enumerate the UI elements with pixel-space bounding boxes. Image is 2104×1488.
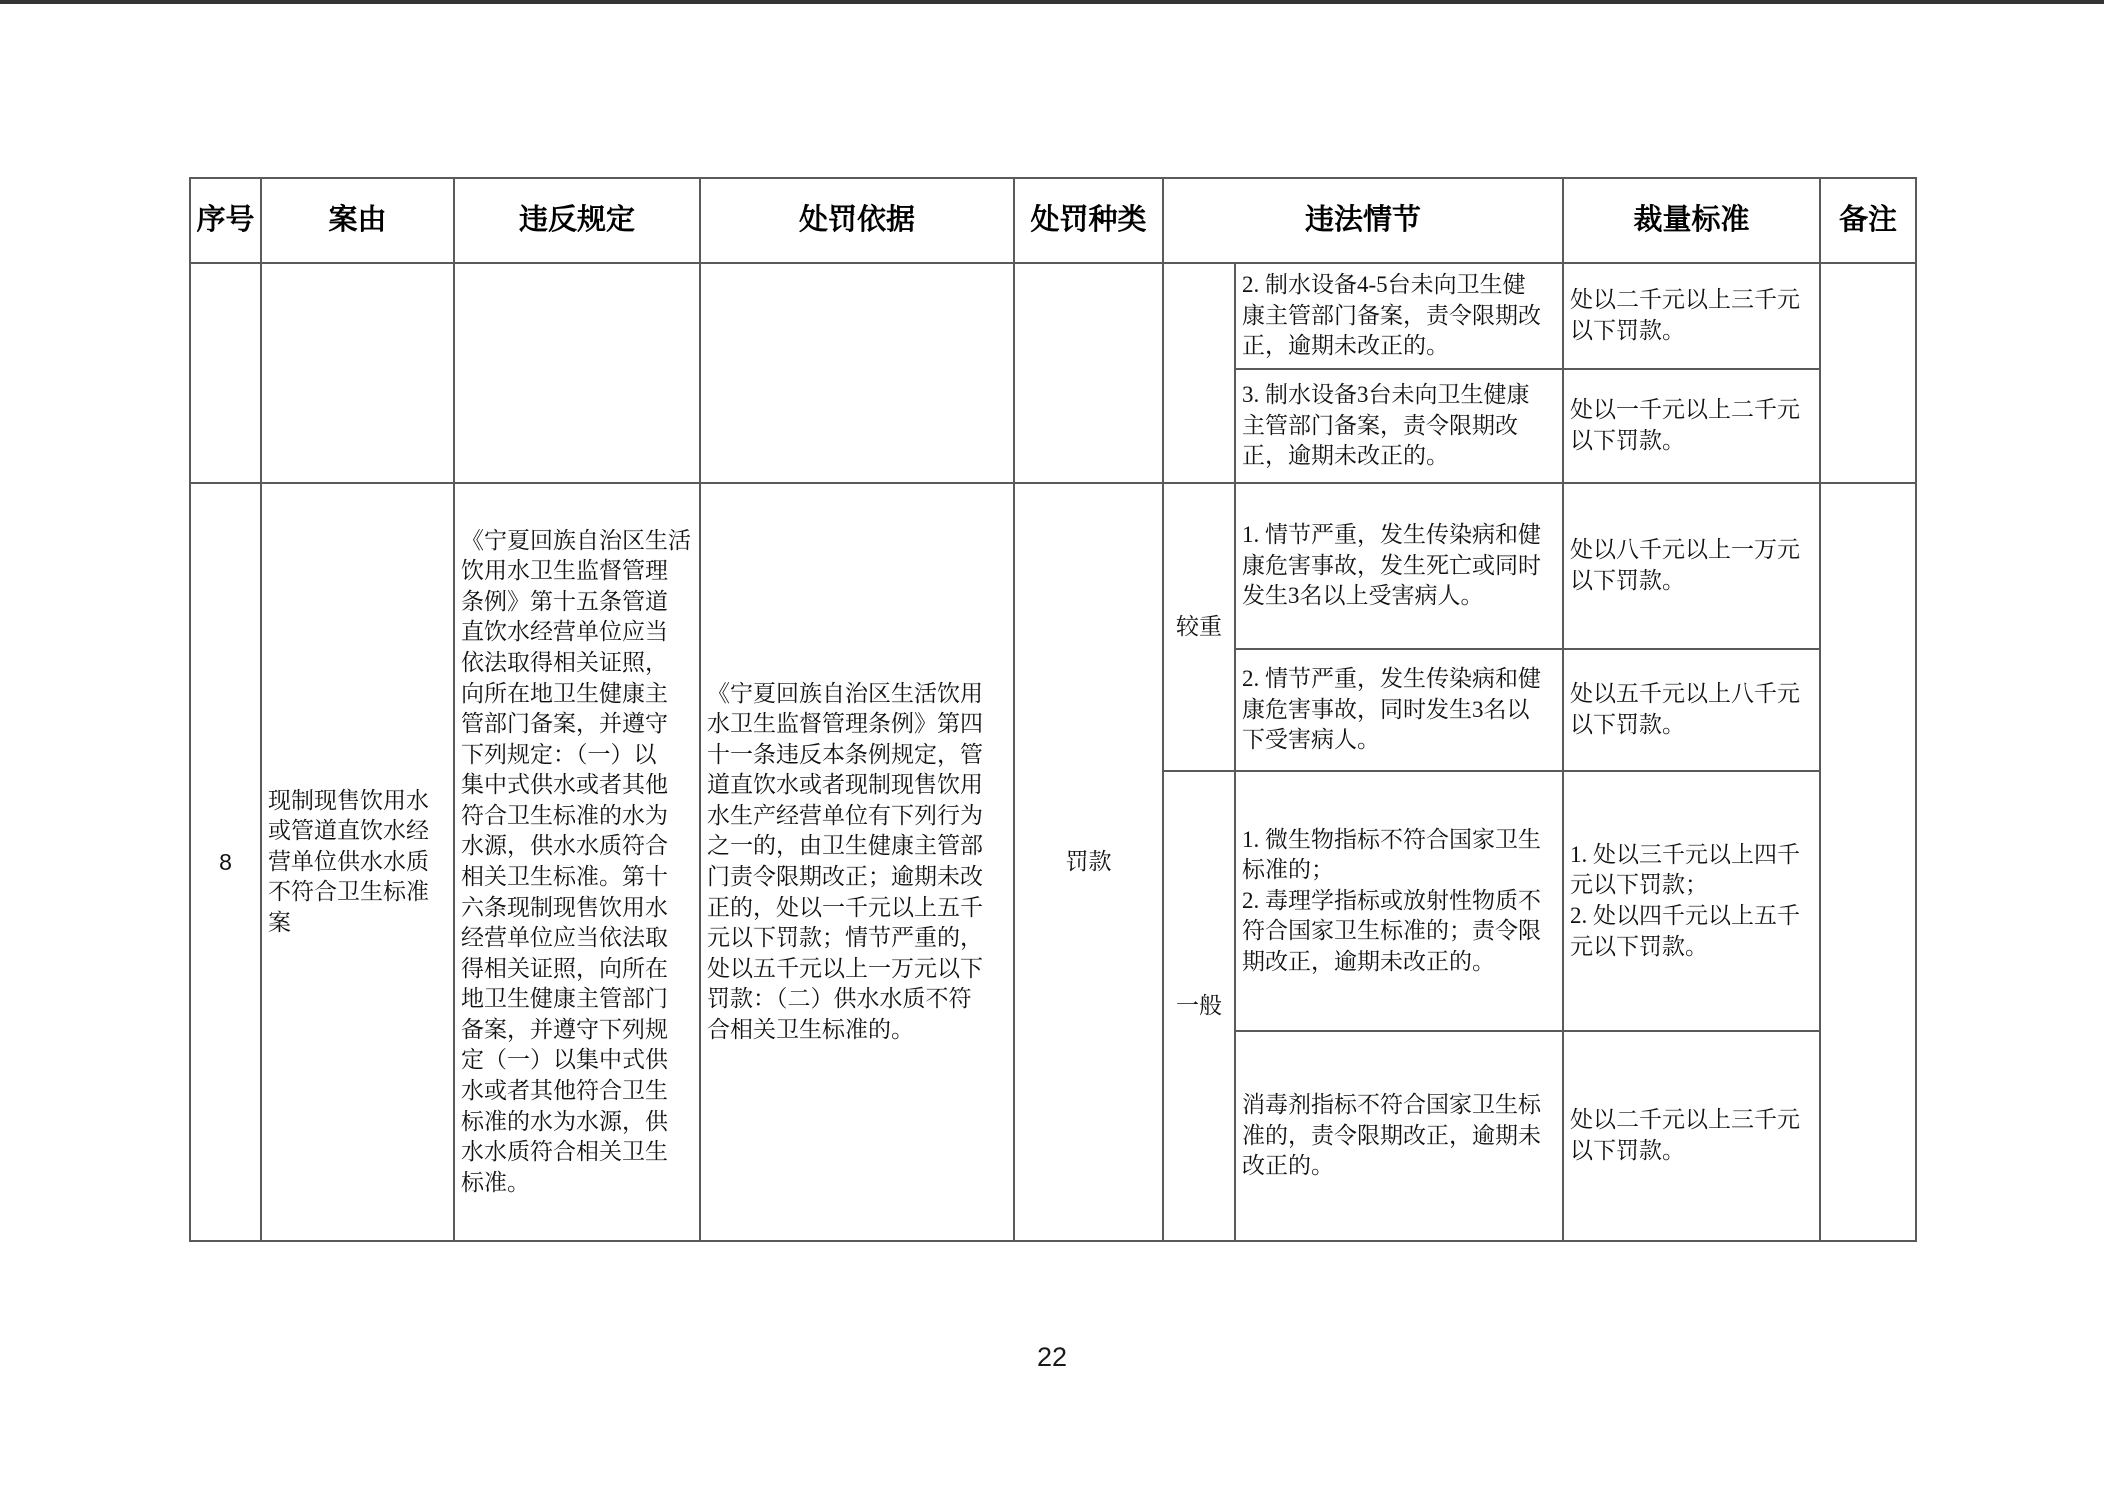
col-header-penalty-type: 处罚种类	[1014, 178, 1163, 263]
document-page: 序号 案由 违反规定 处罚依据 处罚种类 违法情节 裁量标准 备注 2. 制水设…	[0, 0, 2104, 1488]
cell-situation: 消毒剂指标不符合国家卫生标 准的，责令限期改正，逾期未 改正的。	[1235, 1031, 1563, 1241]
col-header-cause: 案由	[261, 178, 454, 263]
penalty-discretion-table: 序号 案由 违反规定 处罚依据 处罚种类 违法情节 裁量标准 备注 2. 制水设…	[189, 177, 1917, 1242]
cell-serial-number: 8	[190, 483, 261, 1241]
page-number: 22	[0, 1342, 2104, 1373]
cell-penalty-basis: 《宁夏回族自治区生活饮用 水卫生监督管理条例》第四 十一条违反本条例规定，管 道…	[700, 483, 1014, 1241]
cell-severity-general: 一般	[1163, 771, 1235, 1241]
table-header-row: 序号 案由 违反规定 处罚依据 处罚种类 违法情节 裁量标准 备注	[190, 178, 1916, 263]
cell-serial-empty	[190, 263, 261, 483]
cell-situation: 2. 制水设备4-5台未向卫生健 康主管部门备案，责令限期改 正，逾期未改正的。	[1235, 263, 1563, 369]
cell-standard: 处以五千元以上八千元 以下罚款。	[1563, 649, 1820, 771]
col-header-violation-circumstance: 违法情节	[1163, 178, 1563, 263]
cell-cause-empty	[261, 263, 454, 483]
cell-cause: 现制现售饮用水 或管道直饮水经 营单位供水水质 不符合卫生标准 案	[261, 483, 454, 1241]
cell-situation: 1. 情节严重，发生传染病和健 康危害事故，发生死亡或同时 发生3名以上受害病人…	[1235, 483, 1563, 649]
cell-penalty-basis-empty	[700, 263, 1014, 483]
cell-remarks-empty	[1820, 263, 1916, 483]
cell-situation: 2. 情节严重，发生传染病和健 康危害事故，同时发生3名以 下受害病人。	[1235, 649, 1563, 771]
col-header-serial-number: 序号	[190, 178, 261, 263]
cell-penalty-type-empty	[1014, 263, 1163, 483]
cell-situation: 1. 微生物指标不符合国家卫生 标准的； 2. 毒理学指标或放射性物质不 符合国…	[1235, 771, 1563, 1031]
page-top-edge	[0, 0, 2104, 4]
cell-standard: 处以二千元以上三千元 以下罚款。	[1563, 263, 1820, 369]
col-header-discretion-standard: 裁量标准	[1563, 178, 1820, 263]
cell-severity-heavier: 较重	[1163, 483, 1235, 771]
cell-remarks-empty	[1820, 483, 1916, 1241]
cell-penalty-type: 罚款	[1014, 483, 1163, 1241]
cell-standard: 处以一千元以上二千元 以下罚款。	[1563, 369, 1820, 483]
case8-row-severe-1: 8 现制现售饮用水 或管道直饮水经 营单位供水水质 不符合卫生标准 案 《宁夏回…	[190, 483, 1916, 649]
cell-standard: 1. 处以三千元以上四千 元以下罚款； 2. 处以四千元以上五千 元以下罚款。	[1563, 771, 1820, 1031]
continuation-row-1: 2. 制水设备4-5台未向卫生健 康主管部门备案，责令限期改 正，逾期未改正的。…	[190, 263, 1916, 369]
col-header-penalty-basis: 处罚依据	[700, 178, 1014, 263]
cell-severity-empty	[1163, 263, 1235, 483]
col-header-violated-provision: 违反规定	[454, 178, 700, 263]
cell-violated-provision-empty	[454, 263, 700, 483]
col-header-remarks: 备注	[1820, 178, 1916, 263]
cell-violated-provision: 《宁夏回族自治区生活 饮用水卫生监督管理 条例》第十五条管道 直饮水经营单位应当…	[454, 483, 700, 1241]
cell-standard: 处以二千元以上三千元 以下罚款。	[1563, 1031, 1820, 1241]
cell-situation: 3. 制水设备3台未向卫生健康 主管部门备案，责令限期改 正，逾期未改正的。	[1235, 369, 1563, 483]
cell-standard: 处以八千元以上一万元 以下罚款。	[1563, 483, 1820, 649]
